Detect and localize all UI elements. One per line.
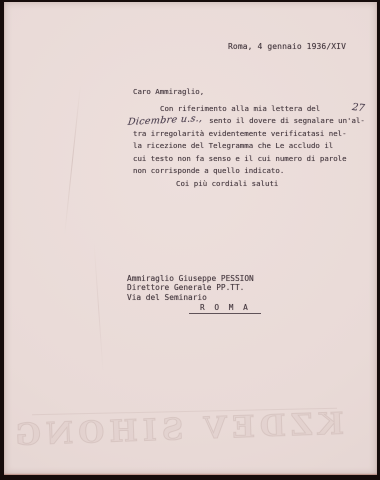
body-line: la ricezione del Telegramma che Le acclu… [133, 140, 365, 152]
paper-crease [64, 84, 81, 235]
body-line: Con riferimento alla mia lettera del27 [133, 103, 365, 115]
body-line: Dicembre u.s.,sento il dovere di segnala… [133, 115, 365, 127]
recipient-address: Ammiraglio Giuseppe PESSION Direttore Ge… [127, 274, 261, 313]
recipient-name: Ammiraglio Giuseppe PESSION [127, 274, 261, 283]
handwritten-day: 27 [325, 99, 366, 116]
recipient-title: Direttore Generale PP.TT. [127, 283, 261, 292]
body-line: non corrisponde a quello indicato. [133, 165, 365, 177]
body-text: sento il dovere di segnalare un'al- [209, 116, 365, 125]
show-through-ghost-text: KZDEV SIHONG [33, 407, 344, 453]
salutation: Caro Ammiraglio, [133, 86, 365, 98]
dateline: Roma, 4 gennaio 1936/XIV [228, 42, 346, 51]
letter-body: Caro Ammiraglio, Con riferimento alla mi… [133, 86, 365, 190]
recipient-city-line: R O M A [127, 303, 261, 312]
closing-salutation: Coi più cordiali saluti [176, 178, 365, 190]
body-line: cui testo non fa senso e il cui numero d… [133, 153, 365, 165]
recipient-city: R O M A [189, 303, 261, 314]
paper-crease [93, 242, 103, 372]
recipient-street: Via del Seminario [127, 293, 261, 302]
body-line: tra irregolarità evidentemente verificat… [133, 128, 365, 140]
body-text: Con riferimento alla mia lettera del [160, 104, 320, 113]
letter-page: KZDEV SIHONG Roma, 4 gennaio 1936/XIV Ca… [4, 2, 377, 475]
